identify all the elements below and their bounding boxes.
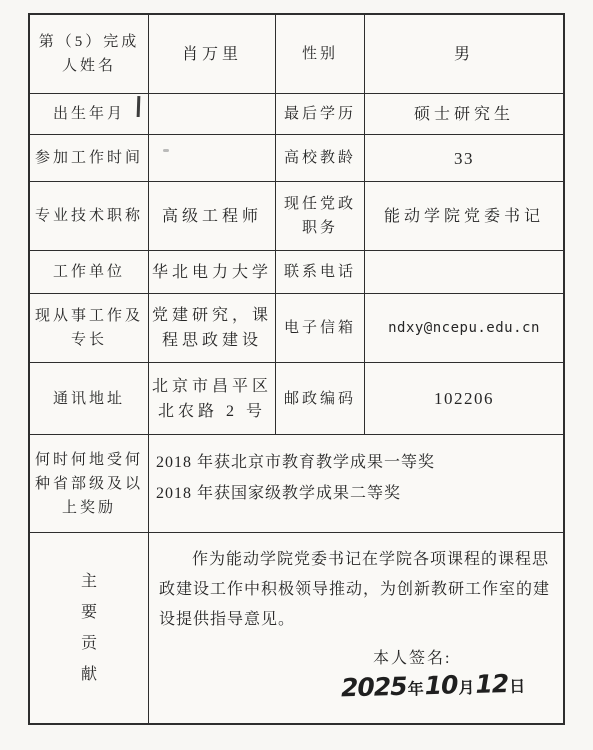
awards-content: 2018 年获北京市教育教学成果一等奖 2018 年获国家级教学成果二等奖 [149,435,563,532]
field-label-work-start: 参加工作时间 [30,135,149,181]
value-contact-phone [365,251,563,293]
signature-date-month-char: 月 [457,680,475,697]
field-label-awards: 何时何地受何 种省部级及以 上奖励 [30,435,149,532]
row-main-contribution: 主 要 贡 献 作为能动学院党委书记在学院各项课程的课程思政建设工作中积极领导推… [30,533,563,723]
value-work-unit: 华北电力大学 [149,251,276,293]
value-work-start [149,135,276,181]
row-completer-name: 第（5）完成 人姓名 肖万里 性别 男 [30,15,563,94]
signature-date-day-char: 日 [508,679,526,696]
value-party-post: 能动学院党委书记 [365,182,563,250]
value-final-degree: 硕士研究生 [365,94,563,134]
row-awards: 何时何地受何 种省部级及以 上奖励 2018 年获北京市教育教学成果一等奖 20… [30,435,563,533]
scan-artifact [163,149,169,152]
field-label-party-post: 现任党政 职务 [276,182,365,250]
field-label-current-work: 现从事工作及 专长 [30,294,149,362]
signature-date-year-char: 年 [406,681,424,698]
field-label-email: 电子信箱 [276,294,365,362]
signature-date-month-digits: 10 [424,670,458,700]
main-contribution-content: 作为能动学院党委书记在学院各项课程的课程思政建设工作中积极领导推动，为创新教研工… [149,533,563,723]
value-birth-date [149,94,276,134]
row-work-unit: 工作单位 华北电力大学 联系电话 [30,251,563,294]
award-line: 2018 年获北京市教育教学成果一等奖 [156,447,435,478]
value-postal-code: 102206 [365,363,563,434]
value-email: ndxy@ncepu.edu.cn [365,294,563,362]
row-birth-date: 出生年月 最后学历 硕士研究生 [30,94,563,135]
row-work-start: 参加工作时间 高校教龄 33 [30,135,563,182]
value-mailing-address: 北京市昌平区 北农路 2 号 [149,363,276,434]
field-label-birth-date: 出生年月 [30,94,149,134]
field-label-contact-phone: 联系电话 [276,251,365,293]
row-current-work: 现从事工作及 专长 党建研究，课 程思政建设 电子信箱 ndxy@ncepu.e… [30,294,563,363]
value-teaching-years: 33 [365,135,563,181]
field-label-main-contribution: 主 要 贡 献 [30,533,149,723]
field-label-final-degree: 最后学历 [276,94,365,134]
contribution-paragraph: 作为能动学院党委书记在学院各项课程的课程思政建设工作中积极领导推动，为创新教研工… [159,545,557,635]
signature-date-day-digits: 12 [475,669,509,699]
scanned-form-page: 第（5）完成 人姓名 肖万里 性别 男 出生年月 最后学历 硕士研究生 参加工作… [0,0,593,750]
field-label-work-unit: 工作单位 [30,251,149,293]
personnel-form-table: 第（5）完成 人姓名 肖万里 性别 男 出生年月 最后学历 硕士研究生 参加工作… [28,13,565,725]
signature-label: 本人签名: [373,645,451,668]
field-label-teaching-years: 高校教龄 [276,135,365,181]
value-current-work: 党建研究，课 程思政建设 [149,294,276,362]
field-label-professional-title: 专业技术职称 [30,182,149,250]
row-mailing-address: 通讯地址 北京市昌平区 北农路 2 号 邮政编码 102206 [30,363,563,435]
field-label-gender: 性别 [276,15,365,93]
award-line: 2018 年获国家级教学成果二等奖 [156,478,401,509]
signature-date: 2025年10月12日 [341,669,527,703]
signature-date-year-digits: 2025 [341,672,407,703]
value-professional-title: 高级工程师 [149,182,276,250]
field-label-mailing-address: 通讯地址 [30,363,149,434]
field-label-postal-code: 邮政编码 [276,363,365,434]
field-label-completer-name: 第（5）完成 人姓名 [30,15,149,93]
value-completer-name: 肖万里 [149,15,276,93]
row-professional-title: 专业技术职称 高级工程师 现任党政 职务 能动学院党委书记 [30,182,563,251]
value-gender: 男 [365,15,563,93]
